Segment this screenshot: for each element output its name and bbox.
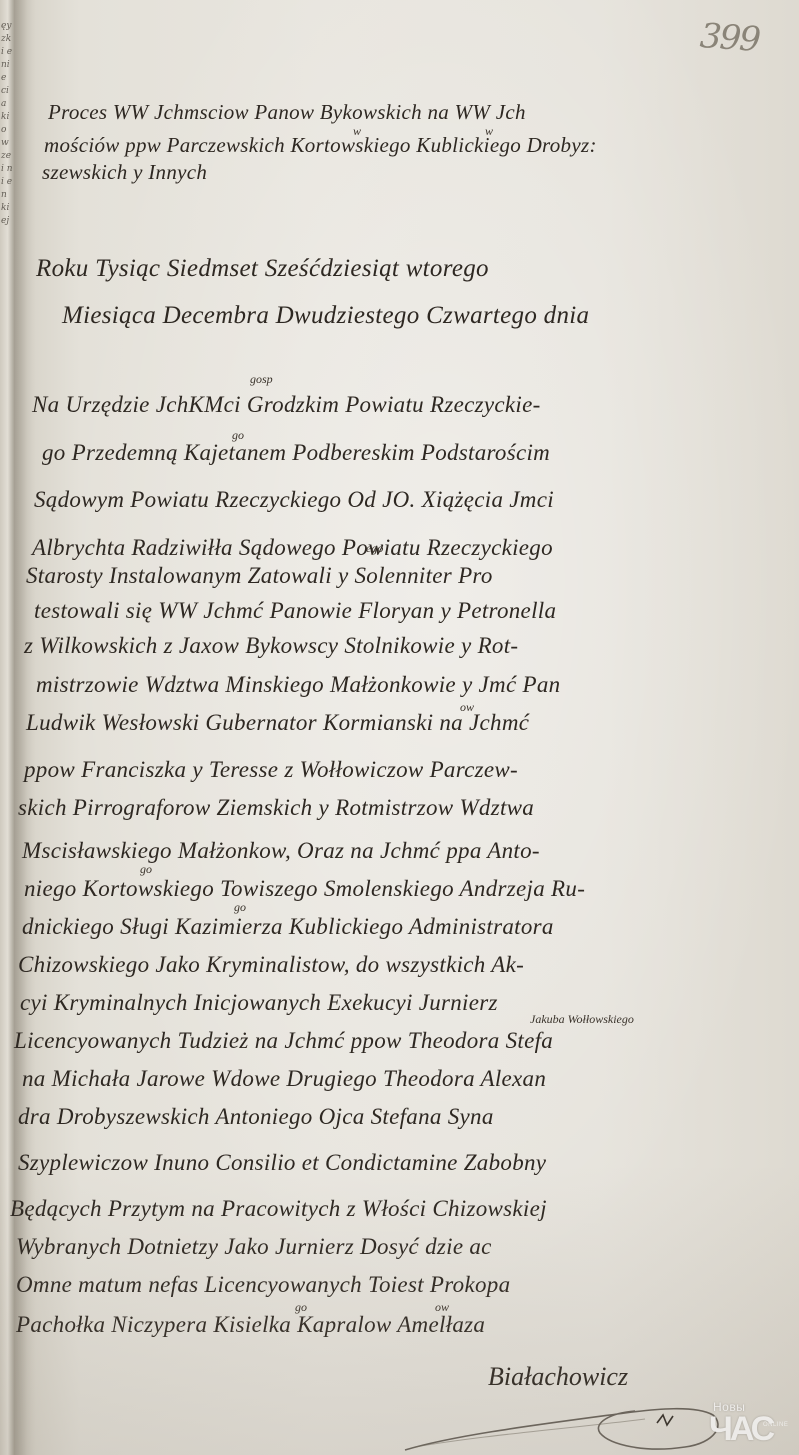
signature-flourish bbox=[395, 1395, 725, 1455]
body-line: Będących Przytym na Pracowitych z Włości… bbox=[10, 1196, 547, 1222]
body-line: mistrzowie Wdztwa Minskiego Małżonkowie … bbox=[36, 672, 560, 698]
heading-line: szewskich y Innych bbox=[42, 160, 207, 185]
novy-chas-watermark: Новы ЧАС ONLINE bbox=[705, 1400, 795, 1452]
interlinear-note: go bbox=[234, 900, 246, 915]
body-line: Mscisławskiego Małżonkow, Oraz na Jchmć … bbox=[22, 838, 540, 864]
body-line: Albrychta Radziwiłła Sądowego Powiatu Rz… bbox=[32, 535, 553, 561]
body-line: dnickiego Sługi Kazimierza Kublickiego A… bbox=[22, 914, 554, 940]
body-line: Starosty Instalowanym Zatowali y Solenni… bbox=[26, 563, 493, 589]
watermark-logo-text: ЧАС bbox=[709, 1410, 772, 1449]
binding-edge-text: ęy zki enie cia ki ow ze i ni en kiej bbox=[1, 20, 13, 228]
body-line: Pachołka Niczypera Kisielka Kapralow Ame… bbox=[16, 1312, 485, 1338]
signature: Białachowicz bbox=[488, 1362, 628, 1392]
body-line: z Wilkowskich z Jaxow Bykowscy Stolnikow… bbox=[24, 633, 518, 659]
heading-line: mościów ppw Parczewskich Kortowskiego Ku… bbox=[44, 133, 597, 158]
body-line: Licencyowanych Tudzież na Jchmć ppow The… bbox=[14, 1028, 553, 1054]
body-line: niego Kortowskiego Towiszego Smolenskieg… bbox=[24, 876, 585, 902]
interlinear-note: go bbox=[140, 862, 152, 877]
body-line: Na Urzędzie JchKMci Grodzkim Powiatu Rze… bbox=[32, 392, 541, 418]
body-line: testowali się WW Jchmć Panowie Floryan y… bbox=[34, 598, 556, 624]
body-line: cyi Kryminalnych Inicjowanych Exekucyi J… bbox=[20, 990, 498, 1016]
body-line: skich Pirrograforow Ziemskich y Rotmistr… bbox=[18, 795, 534, 821]
binding-edge: ęy zki enie cia ki ow ze i ni en kiej bbox=[0, 0, 14, 1455]
body-line: na Michała Jarowe Wdowe Drugiego Theodor… bbox=[22, 1066, 546, 1092]
date-line: Roku Tysiąc Siedmset Sześćdziesiąt wtore… bbox=[36, 255, 489, 283]
interlinear-note: ego bbox=[366, 541, 383, 556]
body-line: Wybranych Dotnietzy Jako Jurnierz Dosyć … bbox=[16, 1234, 492, 1260]
body-line: Chizowskiego Jako Kryminalistow, do wszy… bbox=[18, 952, 524, 978]
folio-number: 399 bbox=[699, 16, 761, 60]
heading-line: Proces WW Jchmsciow Panow Bykowskich na … bbox=[48, 100, 526, 125]
body-line: Omne matum nefas Licencyowanych Toiest P… bbox=[16, 1272, 510, 1298]
body-line: ppow Franciszka y Teresse z Wołłowiczow … bbox=[24, 757, 518, 783]
body-line: dra Drobyszewskich Antoniego Ojca Stefan… bbox=[18, 1104, 494, 1130]
body-line: Szyplewiczow Inuno Consilio et Condictam… bbox=[18, 1150, 546, 1176]
body-line: go Przedemną Kajetanem Podbereskim Podst… bbox=[42, 440, 550, 466]
watermark-online-text: ONLINE bbox=[763, 1422, 788, 1428]
manuscript-page: ęy zki enie cia ki ow ze i ni en kiej 39… bbox=[0, 0, 799, 1455]
body-line: Sądowym Powiatu Rzeczyckiego Od JO. Xiąż… bbox=[34, 487, 554, 513]
date-line: Miesiąca Decembra Dwudziestego Czwartego… bbox=[62, 302, 589, 330]
body-line: Ludwik Wesłowski Gubernator Kormianski n… bbox=[26, 710, 529, 736]
interlinear-note: Jakuba Wołłowskiego bbox=[530, 1012, 634, 1027]
interlinear-note: gosp bbox=[250, 372, 273, 387]
